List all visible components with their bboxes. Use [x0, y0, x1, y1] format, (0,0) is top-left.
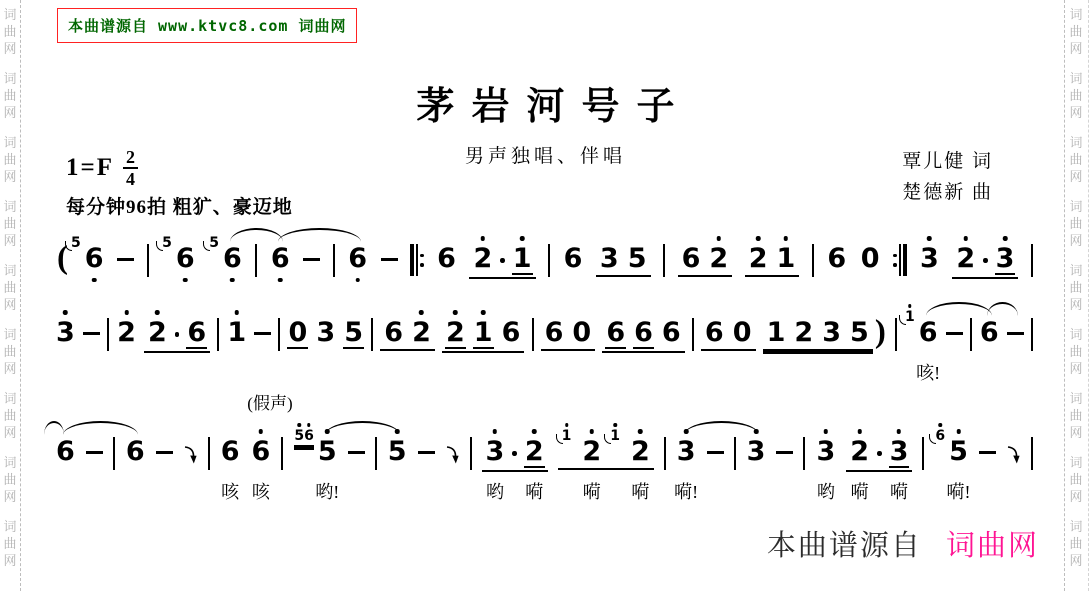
- note: 3嗬!: [676, 437, 697, 466]
- octave-dot-low: [355, 278, 360, 283]
- watermark-char: 曲: [1069, 344, 1082, 359]
- digit-wrap: 6: [979, 318, 1000, 347]
- watermark-char-group: 词曲网: [3, 7, 16, 58]
- octave-dot-low: [92, 278, 97, 283]
- digit-wrap: 6: [383, 318, 404, 347]
- note: 2嗬: [630, 437, 651, 466]
- breath-arrow-icon: [183, 444, 198, 470]
- digit-wrap: 6: [347, 244, 368, 273]
- grace-digit: 5: [209, 236, 219, 251]
- digit-wrap: 3嗬!: [676, 437, 697, 466]
- beam-group: 666: [602, 318, 684, 353]
- octave-dot-high: [927, 236, 932, 241]
- key-time-signature: 1=F 2 4: [66, 148, 138, 188]
- octave-dot-high: [63, 310, 68, 315]
- note: 56: [208, 244, 243, 273]
- digit-wrap: 3: [315, 318, 336, 347]
- octave-dot-low: [230, 278, 235, 283]
- grace-note: 1: [562, 429, 572, 445]
- barline: [664, 437, 666, 470]
- beam-group: 60: [701, 318, 756, 351]
- note: 65嗬!: [934, 437, 969, 466]
- digit: 6: [681, 244, 702, 273]
- digit: 3: [485, 437, 506, 466]
- thin-bar: [899, 244, 901, 276]
- note: 1: [512, 244, 533, 275]
- digit-wrap: 2嗬: [524, 437, 545, 468]
- digit-wrap: 0: [571, 318, 592, 347]
- rest: 0: [287, 318, 308, 349]
- digit: 0: [860, 244, 881, 273]
- digit: 2: [581, 437, 602, 466]
- barline: [692, 318, 694, 351]
- time-signature-bottom: 4: [126, 170, 135, 188]
- note: 2: [955, 244, 976, 273]
- note: 6: [436, 244, 457, 273]
- digit: 3: [919, 244, 940, 273]
- digit-wrap: 6: [125, 437, 146, 466]
- repeat-dots: [893, 244, 897, 276]
- digit-wrap: 5: [343, 318, 364, 349]
- digit-wrap: 3: [919, 244, 940, 273]
- digit: 2: [708, 244, 729, 273]
- digit: 3: [889, 437, 910, 468]
- watermark-char: 曲: [1069, 280, 1082, 295]
- duration-dash: [707, 451, 724, 454]
- octave-dot-high: [717, 236, 722, 241]
- note: 2: [411, 318, 432, 347]
- lyric: 嗬: [851, 478, 869, 504]
- octave-dot-high: [908, 304, 912, 308]
- score-line: (56565666621635622160323: [55, 244, 1033, 280]
- source-watermark-box: 本曲谱源自 www.ktvc8.com 词曲网: [57, 8, 357, 43]
- digit: 6: [563, 244, 584, 273]
- thick-bar: [903, 244, 907, 276]
- watermark-char: 词: [1069, 327, 1082, 342]
- grace-digit: 1: [562, 429, 572, 444]
- barline: [734, 437, 736, 470]
- barline: [663, 244, 665, 277]
- barline: [922, 437, 924, 470]
- note: 6: [605, 318, 626, 349]
- watermark-char: 词: [3, 519, 16, 534]
- digit-wrap: 6: [661, 318, 682, 347]
- augmentation-dot: [877, 451, 882, 456]
- note: 565哟!: [293, 437, 337, 466]
- digit: 1: [776, 244, 797, 273]
- score-line: 322610356221660666601235)16咳!6: [55, 318, 1033, 354]
- digit: 2: [849, 437, 870, 466]
- grace-note: 56: [294, 429, 314, 447]
- repeat-close: [893, 244, 907, 276]
- note: 2: [748, 244, 769, 273]
- score-area: (565656666216356221603233226103562216606…: [55, 244, 1033, 473]
- beam-group: 62: [678, 244, 733, 277]
- digit-wrap: 2: [472, 244, 493, 273]
- digit-wrap: 2嗬: [630, 437, 651, 466]
- grace-digit: 5: [294, 429, 304, 444]
- duration-dash: [1007, 332, 1024, 335]
- lyric: 嗬: [631, 478, 649, 504]
- note: 1: [766, 318, 787, 347]
- octave-dot-high: [419, 310, 424, 315]
- watermark-char: 网: [3, 553, 16, 568]
- digit: 2: [748, 244, 769, 273]
- barline: [1031, 437, 1033, 470]
- beam-group: 21: [469, 244, 535, 279]
- digit-wrap: 3: [995, 244, 1016, 275]
- digit: 6: [270, 244, 291, 273]
- digit: 1: [512, 244, 533, 275]
- note: 3: [919, 244, 940, 273]
- barline: [895, 318, 897, 351]
- note: 1: [776, 244, 797, 273]
- watermark-char-group: 词曲网: [3, 327, 16, 378]
- octave-dot-high: [956, 429, 961, 434]
- digit-wrap: 1: [766, 318, 787, 347]
- rest: 0: [571, 318, 592, 347]
- digit-wrap: 6咳: [220, 437, 241, 466]
- watermark-char: 曲: [3, 216, 16, 231]
- watermark-char: 曲: [3, 472, 16, 487]
- beam-group: 26: [144, 318, 210, 353]
- digit-wrap: 6: [84, 244, 105, 273]
- digit: 2: [524, 437, 545, 468]
- digit-wrap: 2嗬: [581, 437, 602, 466]
- digit-wrap: 3嗬: [889, 437, 910, 468]
- thin-bar: [416, 244, 418, 276]
- digit: 6: [979, 318, 1000, 347]
- duration-dash: [156, 451, 173, 454]
- digit: 3: [599, 244, 620, 273]
- slur-arc: [44, 421, 64, 435]
- barline: [1031, 318, 1033, 351]
- octave-dot-high: [481, 236, 486, 241]
- rest: 0: [732, 318, 753, 347]
- note: 6: [125, 437, 146, 466]
- watermark-char-group: 词曲网: [3, 519, 16, 570]
- digit-wrap: 6: [633, 318, 654, 349]
- duration-dash: [979, 451, 996, 454]
- note: 6: [681, 244, 702, 273]
- sheet-music-page: 词曲网词曲网词曲网词曲网词曲网词曲网词曲网词曲网词曲网 词曲网词曲网词曲网词曲网…: [0, 0, 1091, 591]
- note: 56: [161, 244, 196, 273]
- octave-dot-low: [278, 278, 283, 283]
- digit-wrap: 0: [287, 318, 308, 349]
- lyric: 嗬: [583, 478, 601, 504]
- breath-arrow-icon: [445, 444, 460, 470]
- octave-dot-high: [590, 429, 595, 434]
- grace-note: 5: [162, 236, 172, 252]
- beam-with-paren: 1235): [763, 318, 888, 351]
- digit: 2: [955, 244, 976, 273]
- digit: 2: [116, 318, 137, 347]
- digit-wrap: 6: [605, 318, 626, 349]
- digit-wrap: 6: [544, 318, 565, 347]
- grace-digit: 5: [162, 236, 172, 251]
- digit: 2: [793, 318, 814, 347]
- watermark-char-group: 词曲网: [1069, 455, 1082, 506]
- watermark-char: 网: [3, 297, 16, 312]
- watermark-char: 网: [1069, 169, 1082, 184]
- watermark-char: 词: [3, 7, 16, 22]
- watermark-char: 曲: [1069, 24, 1082, 39]
- slur-arc: [278, 228, 361, 242]
- note: 3: [821, 318, 842, 347]
- digit: 6: [501, 318, 522, 347]
- note: 5: [387, 437, 408, 466]
- watermark-char: 网: [1069, 41, 1082, 56]
- digit: 2: [630, 437, 651, 466]
- note: 2: [472, 244, 493, 273]
- watermark-char: 词: [1069, 391, 1082, 406]
- digit: 3: [746, 437, 767, 466]
- digit: 6: [383, 318, 404, 347]
- digit: 6: [704, 318, 725, 347]
- watermark-char: 网: [1069, 297, 1082, 312]
- augmentation-dot: [983, 258, 988, 263]
- digit-wrap: 2: [748, 244, 769, 273]
- augmentation-dot: [500, 258, 505, 263]
- barline: [803, 437, 805, 470]
- digit: 2: [411, 318, 432, 347]
- note: 2: [708, 244, 729, 273]
- digit: 2: [445, 318, 466, 349]
- digit: 6: [186, 318, 207, 349]
- watermark-char-group: 词曲网: [1069, 327, 1082, 378]
- digit: 5: [948, 437, 969, 466]
- note: 6: [383, 318, 404, 347]
- octave-dot-low: [183, 278, 188, 283]
- digit: 3: [55, 318, 76, 347]
- octave-dot-high: [234, 310, 239, 315]
- note: 6咳: [220, 437, 241, 466]
- octave-dot-high: [493, 429, 498, 434]
- note: 6: [979, 318, 1000, 347]
- octave-dot-high: [756, 236, 761, 241]
- beam-group: 12嗬12嗬: [558, 437, 654, 470]
- octave-dot-high: [638, 429, 643, 434]
- octave-dot-high: [613, 423, 617, 427]
- octave-dot-high: [307, 423, 311, 427]
- grace-digit: 1: [905, 310, 915, 325]
- lyric: 嗬!: [674, 478, 698, 504]
- octave-dot-high: [964, 236, 969, 241]
- watermark-char-group: 词曲网: [3, 263, 16, 314]
- lyric: 咳: [221, 478, 239, 504]
- digit: 3: [676, 437, 697, 466]
- beam-group: 23: [952, 244, 1018, 279]
- beam-group: 2嗬3嗬: [846, 437, 912, 472]
- digit: 6: [84, 244, 105, 273]
- digit-wrap: 3: [55, 318, 76, 347]
- watermark-char: 词: [3, 263, 16, 278]
- digit: 2: [147, 318, 168, 347]
- note: 16咳!: [904, 318, 939, 347]
- digit-wrap: 2: [116, 318, 137, 347]
- octave-dot-high: [1003, 236, 1008, 241]
- digit: 6: [605, 318, 626, 349]
- lyric: 咳!: [916, 359, 940, 385]
- watermark-char-group: 词曲网: [1069, 391, 1082, 442]
- lyric: 哟: [486, 478, 504, 504]
- digit: 6: [125, 437, 146, 466]
- digit: 2: [472, 244, 493, 273]
- digit-wrap: 5: [387, 437, 408, 466]
- watermark-char: 网: [3, 169, 16, 184]
- watermark-char: 曲: [3, 344, 16, 359]
- digit-wrap: 6: [704, 318, 725, 347]
- octave-dot-high: [784, 236, 789, 241]
- barline: [281, 437, 283, 470]
- note: 3: [315, 318, 336, 347]
- note: 3嗬: [889, 437, 910, 468]
- falsetto-label: (假声): [247, 389, 292, 414]
- watermark-char: 词: [3, 199, 16, 214]
- grace-note: 6: [935, 429, 945, 445]
- digit-wrap: 1: [226, 318, 247, 347]
- watermark-char: 网: [3, 489, 16, 504]
- note: 6: [826, 244, 847, 273]
- grace-note: 5: [209, 236, 219, 252]
- grace-note: 5: [71, 236, 81, 252]
- octave-dot-high: [565, 423, 569, 427]
- watermark-char-group: 词曲网: [3, 199, 16, 250]
- beam-group: 21: [745, 244, 800, 277]
- octave-dot-high: [259, 429, 264, 434]
- digit-wrap: 3哟: [485, 437, 506, 466]
- octave-dot-high: [939, 423, 943, 427]
- credits: 覃儿健 词 楚德新 曲: [902, 146, 993, 208]
- digit-wrap: 6: [175, 244, 196, 273]
- note: 3: [599, 244, 620, 273]
- note: 5: [343, 318, 364, 349]
- digit-wrap: 3: [746, 437, 767, 466]
- barline: [1031, 244, 1033, 277]
- watermark-char: 曲: [3, 536, 16, 551]
- digit: 3: [815, 437, 836, 466]
- repeat-open: [410, 244, 424, 276]
- slur-arc: [926, 302, 992, 316]
- watermark-char-group: 词曲网: [1069, 519, 1082, 570]
- lyric: 嗬: [525, 478, 543, 504]
- barline: [208, 437, 210, 470]
- barline: [217, 318, 219, 351]
- barline: [107, 318, 109, 351]
- octave-dot-high: [532, 429, 537, 434]
- watermark-char: 网: [1069, 425, 1082, 440]
- digit: 3: [995, 244, 1016, 275]
- watermark-char: 词: [1069, 455, 1082, 470]
- octave-dot-high: [824, 429, 829, 434]
- footer-prefix: 本曲谱源自: [767, 530, 922, 562]
- digit: 6: [251, 437, 272, 466]
- breath-arrow-icon: [1006, 444, 1021, 470]
- watermark-char: 词: [1069, 199, 1082, 214]
- note: (56: [55, 244, 105, 275]
- watermark-char: 网: [3, 361, 16, 376]
- watermark-char: 曲: [1069, 472, 1082, 487]
- barline: [548, 244, 550, 277]
- note: 2嗬: [581, 437, 602, 466]
- watermark-char-group: 词曲网: [3, 455, 16, 506]
- digit-wrap: 2: [445, 318, 466, 349]
- watermark-char: 网: [3, 425, 16, 440]
- footer-watermark: 本曲谱源自 词曲网: [767, 523, 1039, 564]
- note: 3: [746, 437, 767, 466]
- barline: [470, 437, 472, 470]
- barline: [333, 244, 335, 277]
- digit-wrap: 2: [411, 318, 432, 347]
- barline: [532, 318, 534, 351]
- digit: 6: [544, 318, 565, 347]
- rest: 0: [860, 244, 881, 273]
- digit-wrap: 2: [793, 318, 814, 347]
- tempo-marking: 每分钟96拍 粗犷、豪迈地: [66, 192, 293, 219]
- digit: 6: [436, 244, 457, 273]
- duration-dash: [83, 332, 100, 335]
- lyricist-credit: 覃儿健 词: [902, 146, 993, 177]
- watermark-char: 词: [1069, 7, 1082, 22]
- note: 1: [473, 318, 494, 349]
- digit: 6: [175, 244, 196, 273]
- digit: 5: [627, 244, 648, 273]
- note: 3哟: [485, 437, 506, 466]
- time-signature: 2 4: [123, 148, 138, 188]
- digit-wrap: 6: [270, 244, 291, 273]
- song-title: 茅岩河号子: [0, 75, 1091, 130]
- slur-arc: [63, 421, 138, 435]
- note: 3: [995, 244, 1016, 275]
- watermark-char: 曲: [1069, 408, 1082, 423]
- watermark-char: 词: [3, 391, 16, 406]
- digit-wrap: 1: [512, 244, 533, 275]
- digit-wrap: 6咳!: [918, 318, 939, 347]
- watermark-char: 曲: [3, 280, 16, 295]
- digit: 0: [287, 318, 308, 349]
- digit: 6: [222, 244, 243, 273]
- digit-wrap: 1: [473, 318, 494, 349]
- watermark-char: 曲: [3, 24, 16, 39]
- beam-group: 62: [380, 318, 435, 351]
- octave-dot-high: [155, 310, 160, 315]
- digit-wrap: 0: [732, 318, 753, 347]
- note: 6: [704, 318, 725, 347]
- digit-wrap: 6: [501, 318, 522, 347]
- octave-dot-high: [520, 236, 525, 241]
- barline: [812, 244, 814, 277]
- octave-dot-high: [453, 310, 458, 315]
- digit: 6: [918, 318, 939, 347]
- duration-dash: [348, 451, 365, 454]
- note: 6: [633, 318, 654, 349]
- barline: [375, 437, 377, 470]
- watermark-char: 词: [1069, 263, 1082, 278]
- digit: 0: [571, 318, 592, 347]
- beam-group: 216: [442, 318, 524, 353]
- watermark-char: 网: [1069, 361, 1082, 376]
- note: 2嗬: [849, 437, 870, 466]
- duration-dash: [946, 332, 963, 335]
- grace-note: 1: [905, 310, 915, 326]
- watermark-char: 网: [3, 41, 16, 56]
- thick-bar: [410, 244, 414, 276]
- lyric: 哟!: [315, 478, 339, 504]
- beam-group: 60: [541, 318, 596, 351]
- duration-dash: [117, 258, 134, 261]
- digit: 0: [732, 318, 753, 347]
- lyric: 嗬: [890, 478, 908, 504]
